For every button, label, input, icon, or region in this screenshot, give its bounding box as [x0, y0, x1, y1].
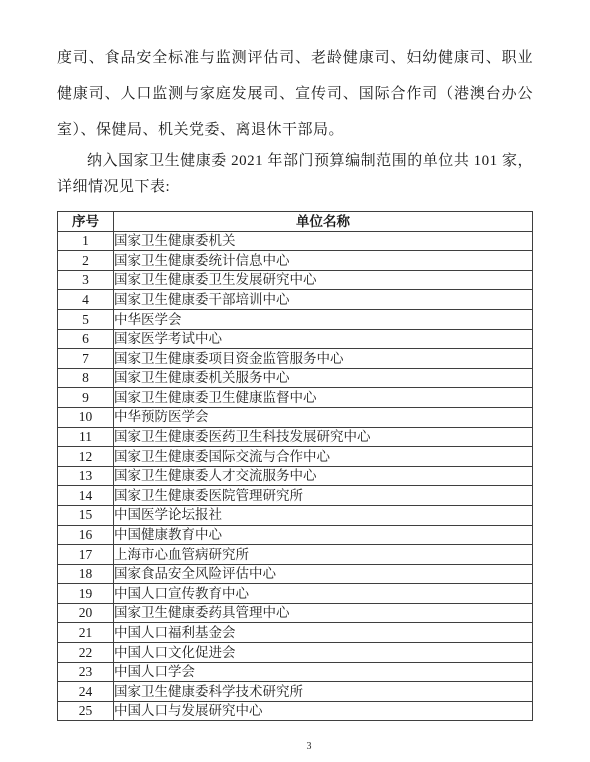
row-unit-name-cell: 国家医学考试中心 [114, 329, 533, 349]
row-serial-number-cell: 17 [58, 545, 114, 565]
row-unit-name-cell: 国家卫生健康委机关 [114, 231, 533, 251]
table-row: 25中国人口与发展研究中心 [58, 701, 533, 721]
row-serial-number-cell: 21 [58, 623, 114, 643]
table-row: 14国家卫生健康委医院管理研究所 [58, 486, 533, 506]
table-row: 15中国医学论坛报社 [58, 505, 533, 525]
row-unit-name-cell: 国家卫生健康委医药卫生科技发展研究中心 [114, 427, 533, 447]
table-row: 7国家卫生健康委项目资金监管服务中心 [58, 349, 533, 369]
budget-units-table: 序号 单位名称 1国家卫生健康委机关2国家卫生健康委统计信息中心3国家卫生健康委… [57, 211, 533, 721]
row-serial-number-cell: 11 [58, 427, 114, 447]
row-serial-number-cell: 20 [58, 603, 114, 623]
body-paragraph-departments: 度司、食品安全标准与监测评估司、老龄健康司、妇幼健康司、职业 健康司、人口监测与… [57, 0, 533, 148]
row-serial-number-cell: 23 [58, 662, 114, 682]
table-row: 5中华医学会 [58, 309, 533, 329]
row-serial-number-cell: 6 [58, 329, 114, 349]
row-unit-name-cell: 中华医学会 [114, 309, 533, 329]
row-serial-number-cell: 4 [58, 290, 114, 310]
row-unit-name-cell: 国家卫生健康委干部培训中心 [114, 290, 533, 310]
table-row: 16中国健康教育中心 [58, 525, 533, 545]
table-row: 19中国人口宣传教育中心 [58, 584, 533, 604]
table-row: 10中华预防医学会 [58, 407, 533, 427]
table-header-unit-name: 单位名称 [114, 212, 533, 232]
row-unit-name-cell: 中国人口福利基金会 [114, 623, 533, 643]
table-row: 1国家卫生健康委机关 [58, 231, 533, 251]
row-serial-number-cell: 2 [58, 251, 114, 271]
table-row: 11国家卫生健康委医药卫生科技发展研究中心 [58, 427, 533, 447]
paragraph-line: 纳入国家卫生健康委 2021 年部门预算编制范围的单位共 101 家， [57, 148, 533, 174]
row-unit-name-cell: 中华预防医学会 [114, 407, 533, 427]
row-unit-name-cell: 国家食品安全风险评估中心 [114, 564, 533, 584]
row-unit-name-cell: 中国医学论坛报社 [114, 505, 533, 525]
row-unit-name-cell: 中国人口宣传教育中心 [114, 584, 533, 604]
page-content: 度司、食品安全标准与监测评估司、老龄健康司、妇幼健康司、职业 健康司、人口监测与… [57, 0, 533, 721]
table-row: 23中国人口学会 [58, 662, 533, 682]
row-unit-name-cell: 中国人口与发展研究中心 [114, 701, 533, 721]
table-row: 9国家卫生健康委卫生健康监督中心 [58, 388, 533, 408]
row-unit-name-cell: 国家卫生健康委药具管理中心 [114, 603, 533, 623]
table-row: 2国家卫生健康委统计信息中心 [58, 251, 533, 271]
row-unit-name-cell: 国家卫生健康委机关服务中心 [114, 368, 533, 388]
row-serial-number-cell: 16 [58, 525, 114, 545]
row-unit-name-cell: 国家卫生健康委卫生健康监督中心 [114, 388, 533, 408]
document-page: 度司、食品安全标准与监测评估司、老龄健康司、妇幼健康司、职业 健康司、人口监测与… [0, 0, 590, 762]
row-unit-name-cell: 国家卫生健康委统计信息中心 [114, 251, 533, 271]
row-unit-name-cell: 中国健康教育中心 [114, 525, 533, 545]
table-row: 24国家卫生健康委科学技术研究所 [58, 682, 533, 702]
row-serial-number-cell: 7 [58, 349, 114, 369]
paragraph-line: 详细情况见下表: [57, 174, 533, 200]
row-unit-name-cell: 中国人口文化促进会 [114, 643, 533, 663]
table-row: 22中国人口文化促进会 [58, 643, 533, 663]
row-serial-number-cell: 9 [58, 388, 114, 408]
row-serial-number-cell: 24 [58, 682, 114, 702]
table-row: 20国家卫生健康委药具管理中心 [58, 603, 533, 623]
row-serial-number-cell: 22 [58, 643, 114, 663]
row-serial-number-cell: 19 [58, 584, 114, 604]
table-header-row: 序号 单位名称 [58, 212, 533, 232]
row-serial-number-cell: 13 [58, 466, 114, 486]
table-row: 12国家卫生健康委国际交流与合作中心 [58, 447, 533, 467]
paragraph-line: 度司、食品安全标准与监测评估司、老龄健康司、妇幼健康司、职业 [57, 40, 533, 76]
table-row: 8国家卫生健康委机关服务中心 [58, 368, 533, 388]
row-serial-number-cell: 12 [58, 447, 114, 467]
row-unit-name-cell: 国家卫生健康委项目资金监管服务中心 [114, 349, 533, 369]
table-row: 21中国人口福利基金会 [58, 623, 533, 643]
row-serial-number-cell: 14 [58, 486, 114, 506]
row-unit-name-cell: 上海市心血管病研究所 [114, 545, 533, 565]
row-unit-name-cell: 国家卫生健康委人才交流服务中心 [114, 466, 533, 486]
table-row: 13国家卫生健康委人才交流服务中心 [58, 466, 533, 486]
row-serial-number-cell: 5 [58, 309, 114, 329]
row-unit-name-cell: 中国人口学会 [114, 662, 533, 682]
row-serial-number-cell: 15 [58, 505, 114, 525]
row-unit-name-cell: 国家卫生健康委医院管理研究所 [114, 486, 533, 506]
paragraph-line: 室）、保健局、机关党委、离退休干部局。 [57, 112, 533, 148]
table-row: 4国家卫生健康委干部培训中心 [58, 290, 533, 310]
page-number: 3 [0, 741, 590, 752]
row-serial-number-cell: 25 [58, 701, 114, 721]
row-unit-name-cell: 国家卫生健康委科学技术研究所 [114, 682, 533, 702]
table-row: 6国家医学考试中心 [58, 329, 533, 349]
body-paragraph-budget-scope: 纳入国家卫生健康委 2021 年部门预算编制范围的单位共 101 家， 详细情况… [57, 148, 533, 200]
table-row: 18国家食品安全风险评估中心 [58, 564, 533, 584]
table-header-serial-number: 序号 [58, 212, 114, 232]
row-serial-number-cell: 18 [58, 564, 114, 584]
table-body: 1国家卫生健康委机关2国家卫生健康委统计信息中心3国家卫生健康委卫生发展研究中心… [58, 231, 533, 721]
paragraph-line: 健康司、人口监测与家庭发展司、宣传司、国际合作司（港澳台办公 [57, 76, 533, 112]
table-row: 3国家卫生健康委卫生发展研究中心 [58, 270, 533, 290]
table-row: 17上海市心血管病研究所 [58, 545, 533, 565]
row-serial-number-cell: 8 [58, 368, 114, 388]
row-serial-number-cell: 10 [58, 407, 114, 427]
row-serial-number-cell: 1 [58, 231, 114, 251]
row-serial-number-cell: 3 [58, 270, 114, 290]
row-unit-name-cell: 国家卫生健康委国际交流与合作中心 [114, 447, 533, 467]
row-unit-name-cell: 国家卫生健康委卫生发展研究中心 [114, 270, 533, 290]
